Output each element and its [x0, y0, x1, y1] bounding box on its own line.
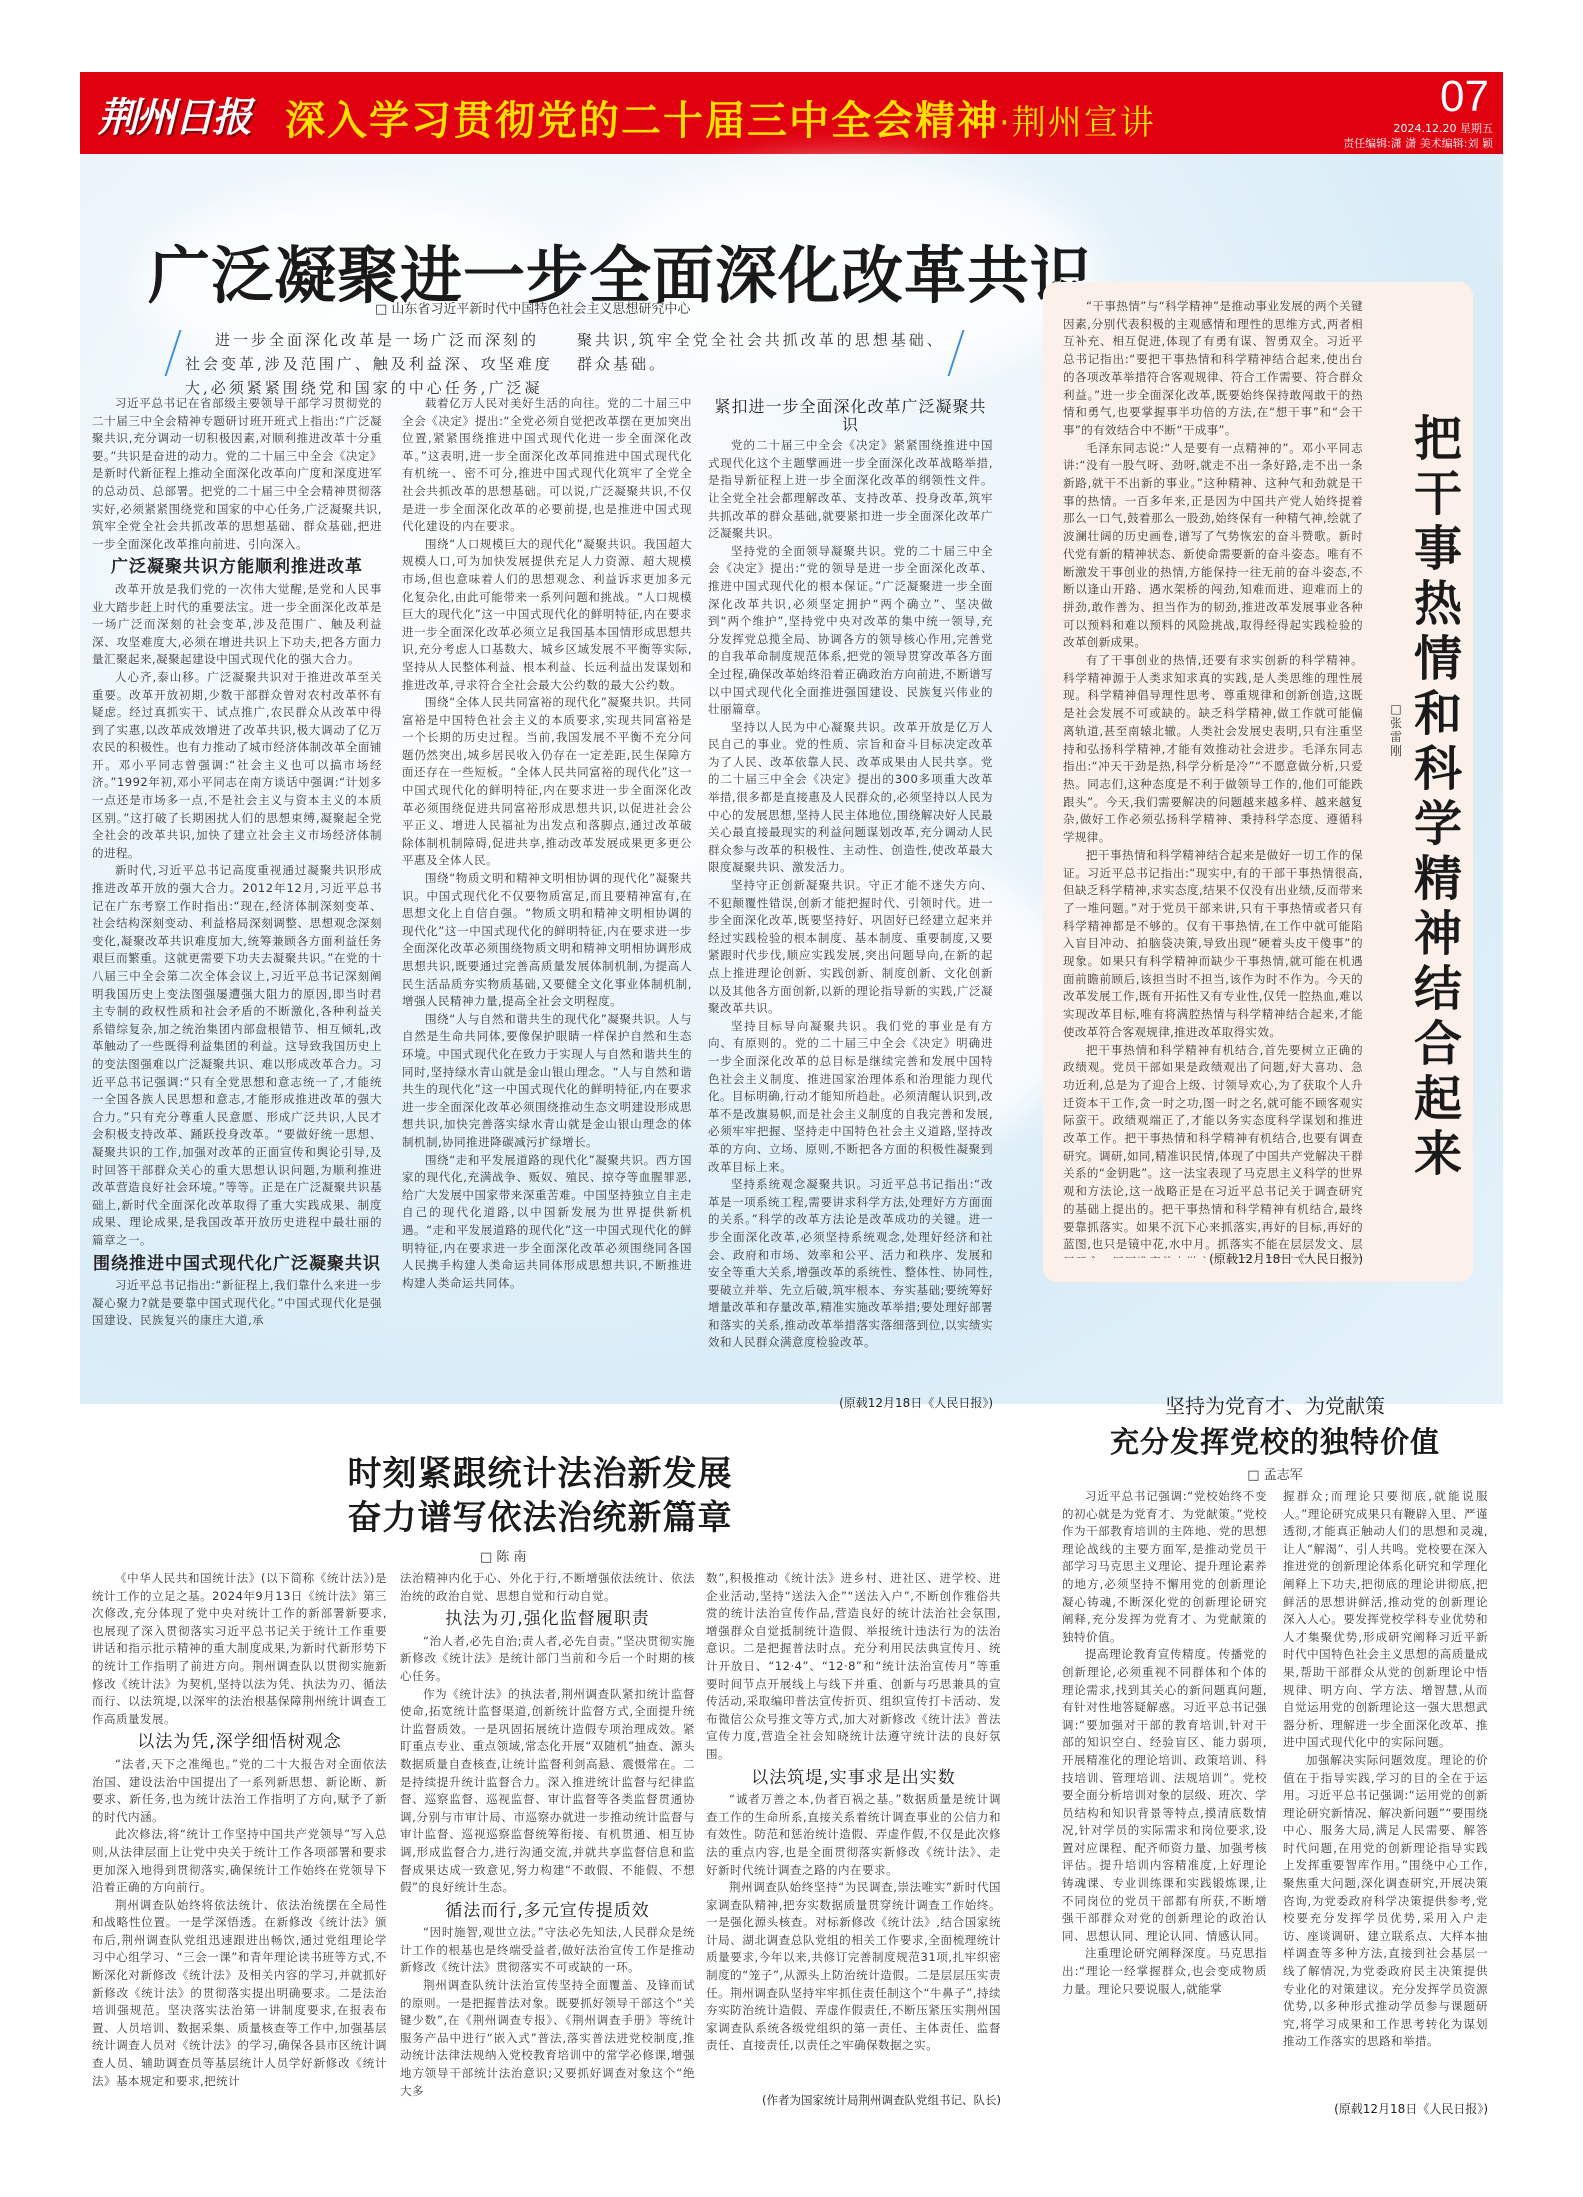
paragraph: 载着亿万人民对美好生活的向往。党的二十届三中全会《决定》提出:“全党必须自觉把改…: [402, 395, 692, 536]
article1-column-2: 载着亿万人民对美好生活的向往。党的二十届三中全会《决定》提出:“全党必须自觉把改…: [402, 395, 692, 1415]
issue-date: 2024.12.20 星期五: [1394, 120, 1493, 136]
article4-column-1: 习近平总书记强调:“党校始终不变的初心就是为党育才、为党献策。”党校作为干部教育…: [1062, 1488, 1267, 2148]
article1-byline: □ 山东省习近平新时代中国特色社会主义思想研究中心: [375, 298, 690, 317]
paragraph: 习近平总书记指出:“新征程上,我们靠什么来进一步凝心聚力?就是要靠中国式现代化。…: [92, 1277, 382, 1330]
section-title: 深入学习贯彻党的二十届三中全会精神·荆州宣讲: [285, 89, 1156, 146]
article3-subhead-4: 以法筑堤,实事求是出实数: [706, 1770, 1001, 1788]
paragraph: 作为《统计法》的执法者,荆州调查队紧扣统计监督使命,拓宽统计监督渠道,创新统计监…: [400, 1686, 695, 1897]
article2-byline: □ 张雷刚: [1388, 702, 1404, 758]
article2-vertical-headline: 把干事热情和科学精神结合起来: [1408, 412, 1468, 1182]
paragraph: 数”,积极推动《统计法》进乡村、进社区、进学校、进企业活动,坚持“送法入企”“送…: [706, 1570, 1001, 1764]
paragraph: 人心齐,泰山移。广泛凝聚共识对于推进改革至关重要。改革开放初期,少数干部群众曾对…: [92, 669, 382, 863]
article3-subhead-1: 以法为凭,深学细悟树观念: [92, 1734, 387, 1752]
paragraph: 握群众;而理论只要彻底,就能说服人。”理论研究成果只有鞭辟入里、严谨透彻,才能真…: [1283, 1488, 1488, 1752]
paragraph: 《中华人民共和国统计法》(以下简称《统计法》)是统计工作的立足之基。2024年9…: [92, 1570, 387, 1728]
paragraph: 荆州调查队始终将依法统计、依法治统摆在全局性和战略性位置。一是学深悟透。在新修改…: [92, 1897, 387, 2091]
article3-headline: 时刻紧跟统计法治新发展 奋力谱写依法治统新篇章: [310, 1452, 770, 1540]
article3-headline-line2: 奋力谱写依法治统新篇章: [310, 1496, 770, 1540]
article3-subhead-3: 循法而行,多元宣传提质效: [400, 1903, 695, 1921]
paragraph: “诚者万善之本,伪者百祸之基。”数据质量是统计调查工作的生命所系,直接关系着统计…: [706, 1791, 1001, 1879]
newspaper-logo: 荆州日报: [98, 86, 250, 143]
article2-box: “干事热情”与“科学精神”是推动事业发展的两个关键因素,分别代表积极的主观感情和…: [1043, 282, 1473, 1282]
article1-column-1: 习近平总书记在省部级主要领导干部学习贯彻党的二十届三中全会精神专题研讨班开班式上…: [92, 395, 382, 1330]
page-number: 07: [1440, 74, 1489, 120]
editors-credit: 责任编辑:潇 潇 美术编辑:刘 颖: [1343, 135, 1493, 151]
paragraph: “法者,天下之准绳也。”党的二十大报告对全面依法治国、建设法治中国提出了一系列新…: [92, 1756, 387, 1826]
paragraph: 坚持以人民为中心凝聚共识。改革开放是亿万人民自己的事业。党的性质、宗旨和奋斗目标…: [708, 719, 993, 877]
paragraph: 把干事热情和科学精神有机结合,首先要树立正确的政绩观。党员干部如果是政绩观出了问…: [1063, 1042, 1363, 1258]
paragraph: 围绕“人口规模巨大的现代化”凝聚共识。我国超大规模人口,可为加快发展提供充足人力…: [402, 536, 692, 694]
paragraph: 围绕“物质文明和精神文明相协调的现代化”凝聚共识。中国式现代化不仅要物质富足,而…: [402, 870, 692, 1011]
paragraph: “干事热情”与“科学精神”是推动事业发展的两个关键因素,分别代表积极的主观感情和…: [1063, 298, 1363, 440]
paragraph: 围绕“人与自然和谐共生的现代化”凝聚共识。人与自然是生命共同体,要像保护眼睛一样…: [402, 1011, 692, 1152]
paragraph: 新时代,习近平总书记高度重视通过凝聚共识形成推进改革开放的强大合力。2012年1…: [92, 862, 382, 1249]
article4-byline: □ 孟志军: [1060, 1464, 1490, 1483]
article3-author-note: (作者为国家统计局荆州调查队党组书记、队长): [706, 2092, 1001, 2108]
paragraph: 法治精神内化于心、外化于行,不断增强依法统计、依法治统的政治自觉、思想自觉和行动…: [400, 1570, 695, 1605]
article2-body: “干事热情”与“科学精神”是推动事业发展的两个关键因素,分别代表积极的主观感情和…: [1063, 298, 1363, 1258]
article3-column-1: 《中华人民共和国统计法》(以下简称《统计法》)是统计工作的立足之基。2024年9…: [92, 1570, 387, 2145]
paragraph: 坚持目标导向凝聚共识。我们党的事业是有方向、有原则的。党的二十届三中全会《决定》…: [708, 1018, 993, 1176]
paragraph: 荆州调查队始终坚持“为民调查,崇法唯实”新时代国家调查队精神,把夯实数据质量贯穿…: [706, 1879, 1001, 2055]
section-title-sub: ·荆州宣讲: [999, 103, 1156, 143]
paragraph: 围绕“全体人民共同富裕的现代化”凝聚共识。共同富裕是中国特色社会主义的本质要求,…: [402, 694, 692, 870]
paragraph: 改革开放是我们党的一次伟大觉醒,是党和人民事业大踏步赶上时代的重要法宝。进一步全…: [92, 581, 382, 669]
article1-subhead-2: 围绕推进中国式现代化广泛凝聚共识: [92, 1256, 382, 1274]
byline-box-icon: □: [1388, 702, 1404, 716]
article1-source: (原载12月18日《人民日报》): [708, 1394, 993, 1411]
paragraph: 加强解决实际问题效度。理论的价值在于指导实践,学习的目的全在于运用。习近平总书记…: [1283, 1752, 1488, 2051]
masthead: 荆州日报 深入学习贯彻党的二十届三中全会精神·荆州宣讲 07 2024.12.2…: [80, 72, 1503, 154]
article1-subhead-3: 紧扣进一步全面深化改革广泛凝聚共识: [708, 398, 993, 433]
paragraph: 此次修法,将“统计工作坚持中国共产党领导”写入总则,从法律层面上让党中央关于统计…: [92, 1826, 387, 1896]
paragraph: 注重理论研究阐释深度。马克思指出:“理论一经掌握群众,也会变成物质力量。理论只要…: [1062, 1945, 1267, 1998]
paragraph: 毛泽东同志说:“人是要有一点精神的”。邓小平同志讲:“没有一股气呀、劲呀,就走不…: [1063, 440, 1363, 652]
paragraph: 坚持党的全面领导凝聚共识。党的二十届三中全会《决定》提出:“党的领导是进一步全面…: [708, 543, 993, 719]
paragraph: 把干事热情和科学精神结合起来是做好一切工作的保证。习近平总书记指出:“现实中,有…: [1063, 847, 1363, 1042]
paragraph: 围绕“走和平发展道路的现代化”凝聚共识。西方国家的现代化,充满战争、贩奴、殖民、…: [402, 1152, 692, 1293]
article4-source: (原载12月18日《人民日报》): [1283, 2100, 1488, 2117]
article3-column-2: 法治精神内化于心、外化于行,不断增强依法统计、依法治统的政治自觉、思想自觉和行动…: [400, 1570, 695, 2145]
article4-headline: 充分发挥党校的独特价值: [1060, 1420, 1490, 1461]
article1-column-3: 紧扣进一步全面深化改革广泛凝聚共识 党的二十届三中全会《决定》紧紧围绕推进中国式…: [708, 392, 993, 1412]
article4-column-2: 握群众;而理论只要彻底,就能说服人。”理论研究成果只有鞭辟入里、严谨透彻,才能真…: [1283, 1488, 1488, 2098]
paragraph: 坚持系统观念凝聚共识。习近平总书记指出:“改革是一项系统工程,需要讲求科学方法,…: [708, 1176, 993, 1352]
paragraph: 习近平总书记在省部级主要领导干部学习贯彻党的二十届三中全会精神专题研讨班开班式上…: [92, 395, 382, 553]
paragraph: 习近平总书记强调:“党校始终不变的初心就是为党育才、为党献策。”党校作为干部教育…: [1062, 1488, 1267, 1646]
paragraph: 坚持守正创新凝聚共识。守正才能不迷失方向、不犯颠覆性错误,创新才能把握时代、引领…: [708, 877, 993, 1018]
paragraph: 荆州调查队统计法治宣传坚持全面覆盖、及锋而试的原则。一是把握普法对象。既要抓好领…: [400, 1977, 695, 2100]
article3-subhead-2: 执法为刃,强化监督履职责: [400, 1611, 695, 1629]
article2-author: 张雷刚: [1388, 716, 1404, 758]
section-title-main: 深入学习贯彻党的二十届三中全会精神: [285, 97, 999, 144]
paragraph: “因时施智,观世立法。”守法必先知法,人民群众是统计工作的根基也是终端受益者,做…: [400, 1924, 695, 1977]
article4-kicker: 坚持为党育才、为党献策: [1060, 1390, 1490, 1419]
article1-subhead-1: 广泛凝聚共识方能顺利推进改革: [92, 559, 382, 577]
article3-byline: □ 陈 南: [480, 1546, 527, 1565]
paragraph: “治人者,必先自治;责人者,必先自责。”坚决贯彻实施新修改《统计法》是统计部门当…: [400, 1633, 695, 1686]
article2-source: (原载12月18日《人民日报》): [1063, 1250, 1363, 1267]
paragraph: 党的二十届三中全会《决定》紧紧围绕推进中国式现代化这个主题擘画进一步全面深化改革…: [708, 437, 993, 543]
paragraph: 有了干事创业的热情,还要有求实创新的科学精神。科学精神源于人类求知求真的实践,是…: [1063, 652, 1363, 847]
article1-lead: 进一步全面深化改革是一场广泛而深刻的社会变革,涉及范围广、触及利益深、攻坚难度大…: [185, 328, 945, 400]
article3-headline-line1: 时刻紧跟统计法治新发展: [310, 1452, 770, 1496]
paragraph: 提高理论教育宣传精度。传播党的创新理论,必须重视不同群体和个体的理论需求,找到其…: [1062, 1646, 1267, 1945]
article3-column-3: 数”,积极推动《统计法》进乡村、进社区、进学校、进企业活动,坚持“送法入企”“送…: [706, 1570, 1001, 2110]
